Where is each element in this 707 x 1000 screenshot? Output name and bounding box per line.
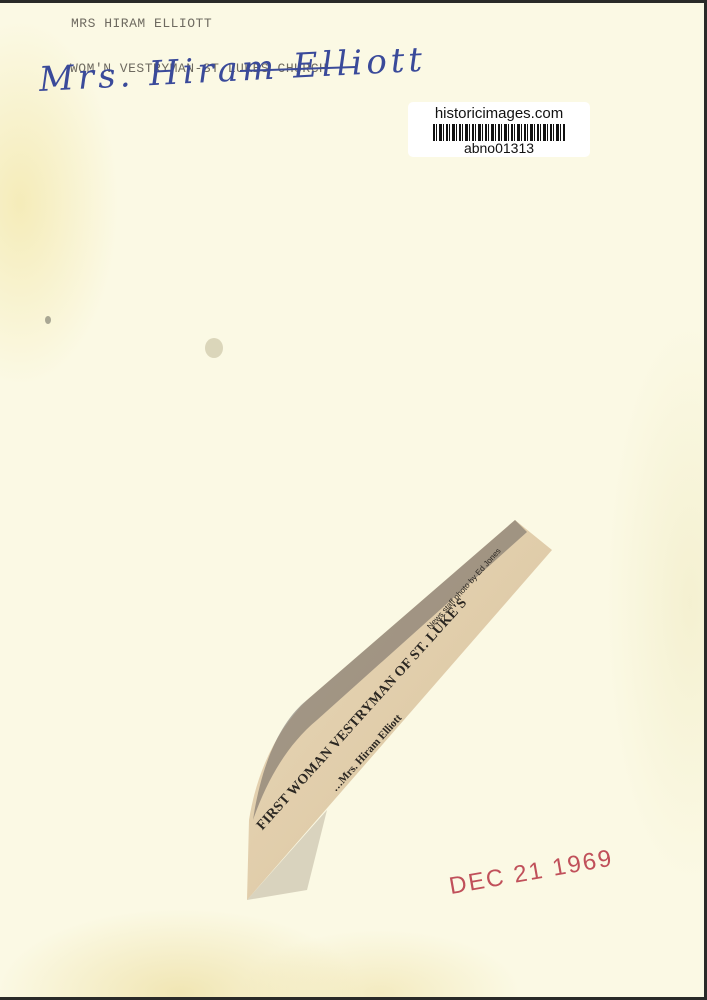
newspaper-clipping [247, 520, 552, 900]
typed-name-line: MRS HIRAM ELLIOTT [71, 16, 212, 31]
label-code: abno01313 [408, 141, 590, 156]
archive-label: historicimages.com abno01313 [408, 102, 590, 157]
stain-mark [205, 338, 223, 358]
stain-mark [45, 316, 51, 324]
barcode-icon [433, 124, 565, 141]
label-site: historicimages.com [408, 106, 590, 122]
